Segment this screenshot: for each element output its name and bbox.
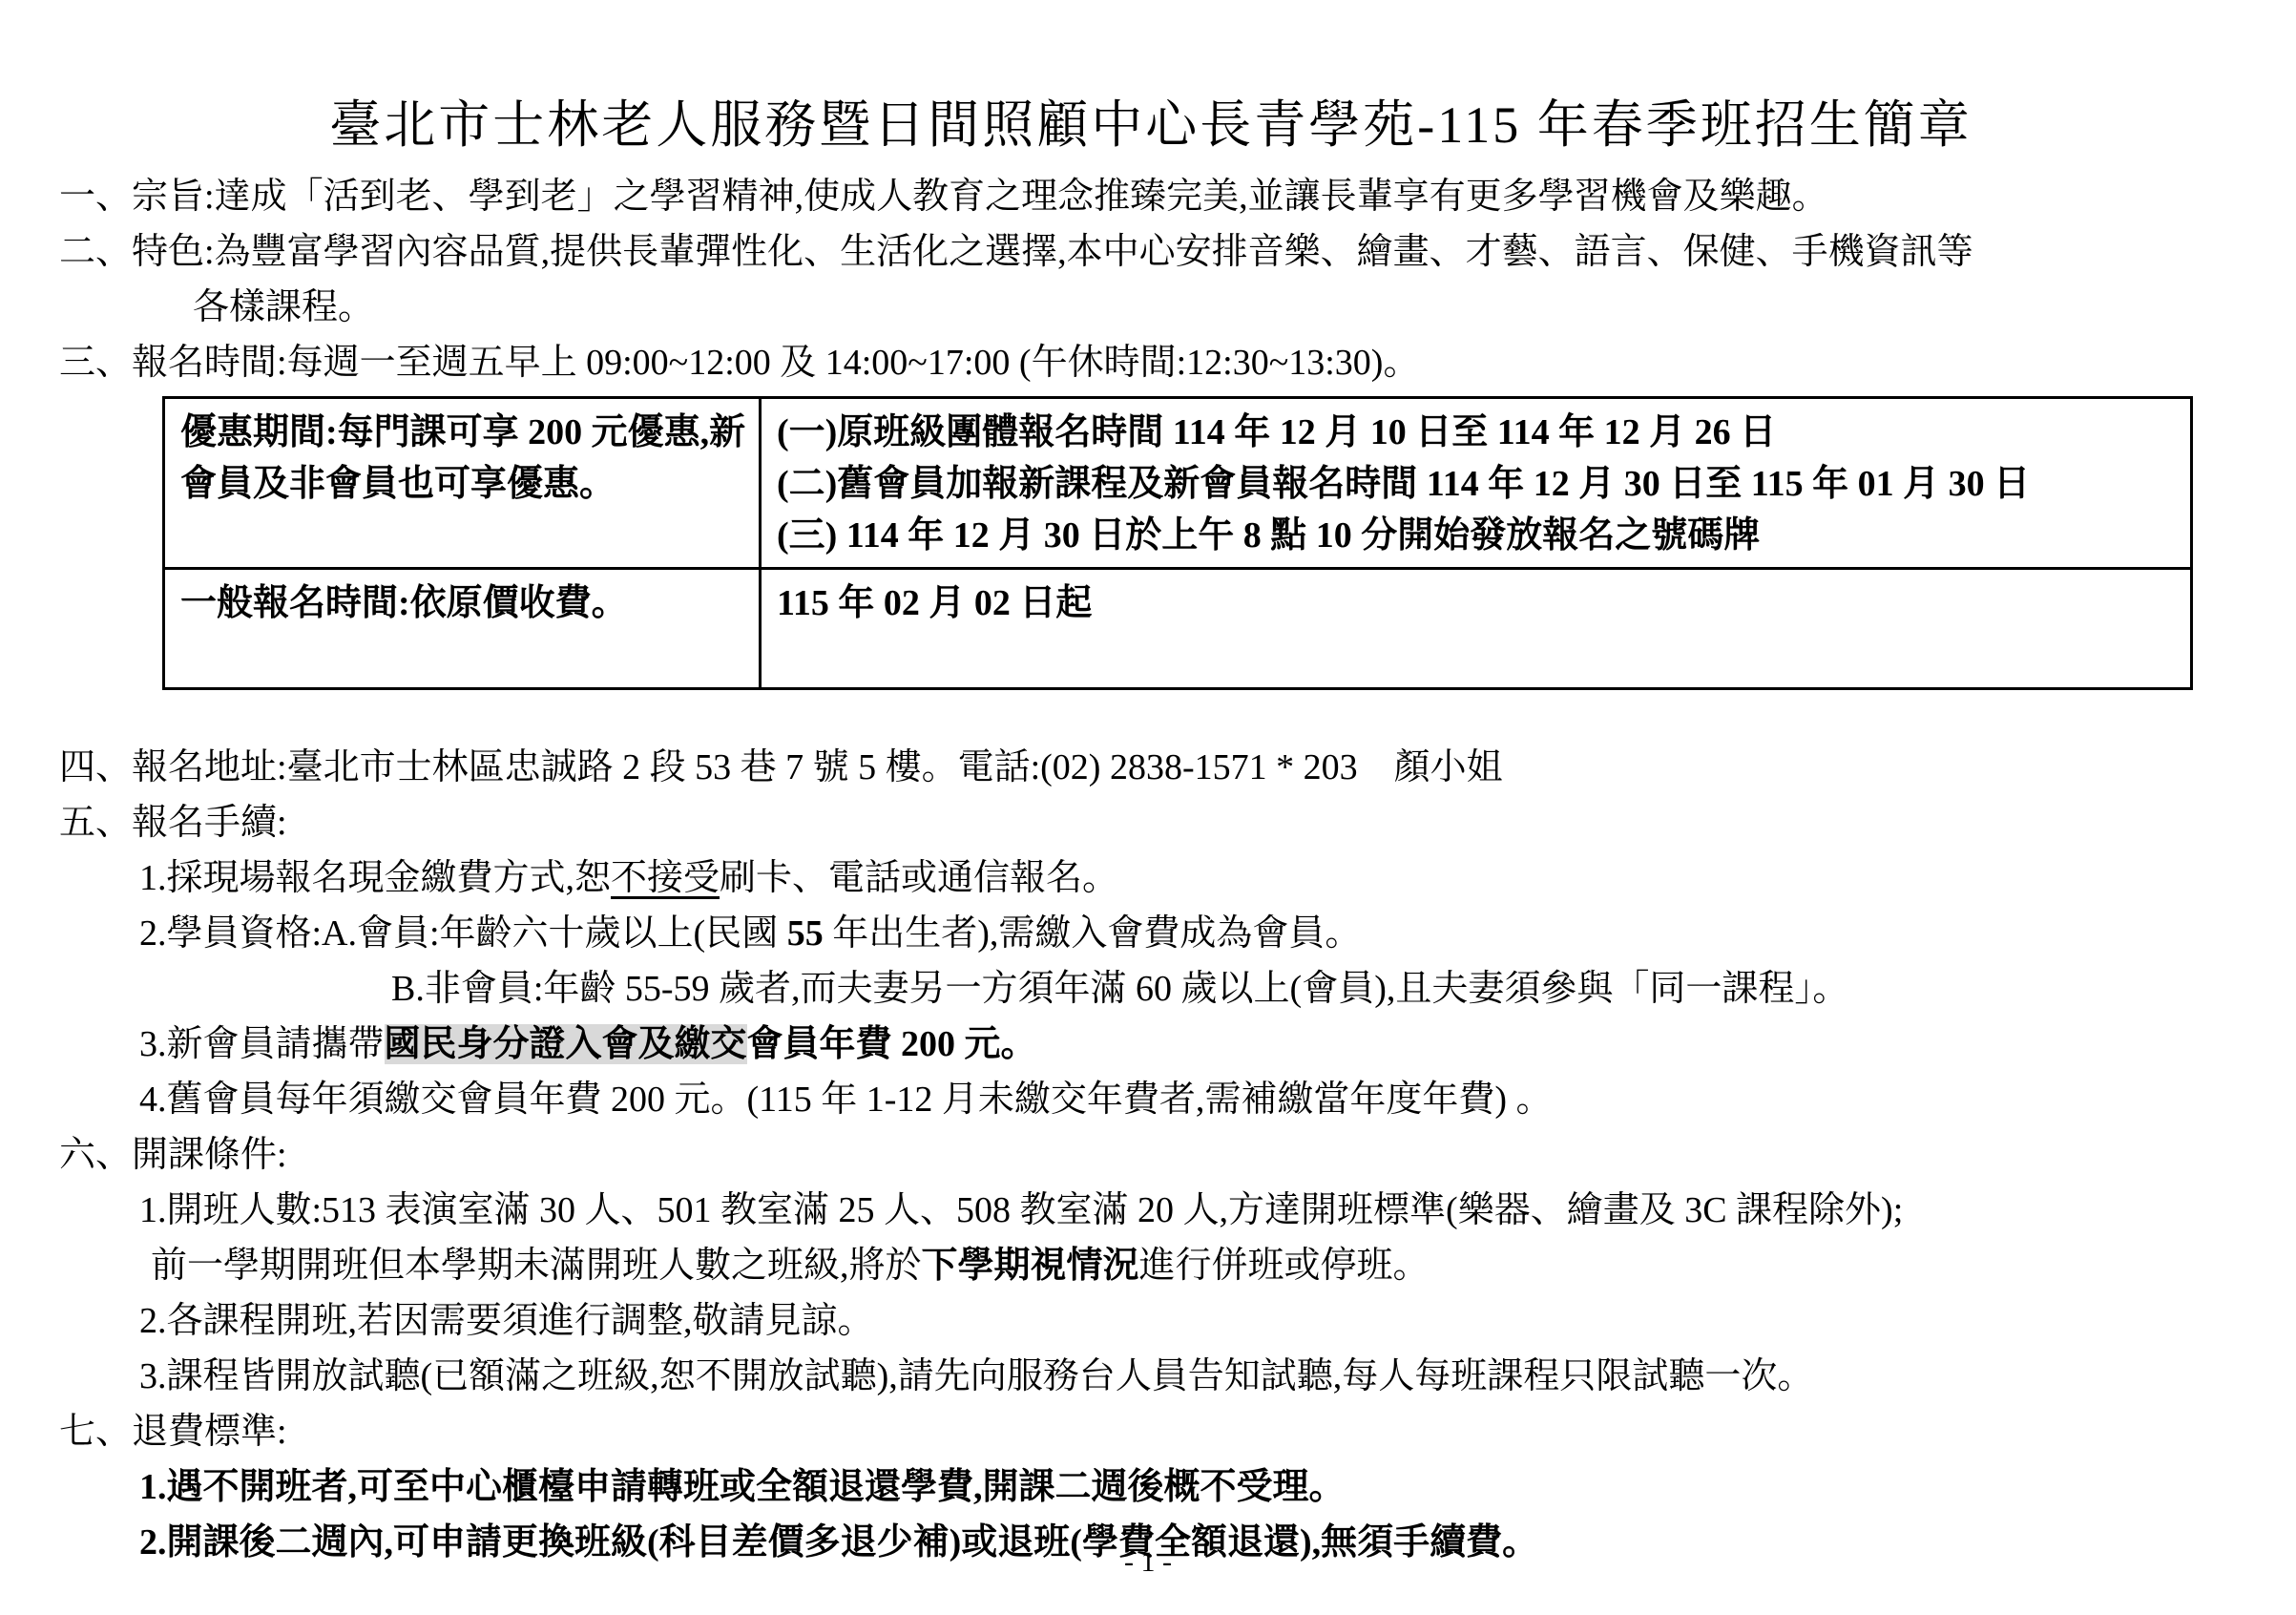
section-course-title: 開課條件: — [132, 1135, 287, 1175]
table-row-general: 一般報名時間:依原價收費。 115 年 02 月 02 日起 — [164, 569, 2192, 689]
section-course-number: 六、 — [59, 1135, 132, 1175]
section-features-number: 二、 — [59, 232, 132, 272]
section-regtime: 三、報名時間:每週一至週五早上 09:00~12:00 及 14:00~17:0… — [59, 335, 2243, 390]
procedure-item-2b: B.非會員:年齡 55-59 歲者,而夫妻另一方須年滿 60 歲以上(會員),且… — [59, 961, 2243, 1017]
procedure-item-2a-post: 年出生者),需繳入會費成為會員。 — [824, 913, 1362, 954]
discount-date-line-1: (一)原班級團體報名時間 114 年 12 月 10 日至 114 年 12 月… — [777, 407, 2179, 458]
registration-schedule-table: 優惠期間:每門課可享 200 元優惠,新會員及非會員也可享優惠。 (一)原班級團… — [162, 396, 2193, 690]
section-address-number: 四、 — [59, 747, 132, 787]
section-procedure-heading: 五、報名手續: — [59, 795, 2243, 850]
procedure-item-3: 3.新會員請攜帶國民身分證入會及繳交會員年費 200 元。 — [59, 1017, 2243, 1072]
section-regtime-number: 三、 — [59, 343, 132, 383]
procedure-item-1-underlined: 不接受 — [611, 858, 720, 898]
section-refund-title: 退費標準: — [132, 1412, 287, 1452]
section-purpose-number: 一、 — [59, 177, 132, 217]
discount-date-line-2: (二)舊會員加報新課程及新會員報名時間 114 年 12 月 30 日至 115… — [777, 458, 2179, 510]
course-item-1-line2-pre: 前一學期開班但本學期未滿開班人數之班級,將於 — [151, 1246, 922, 1286]
procedure-item-3-pre: 3.新會員請攜帶 — [139, 1024, 385, 1064]
procedure-item-1: 1.採現場報名現金繳費方式,恕不接受刷卡、電話或通信報名。 — [59, 850, 2243, 906]
table-row-discount: 優惠期間:每門課可享 200 元優惠,新會員及非會員也可享優惠。 (一)原班級團… — [164, 398, 2192, 569]
discount-date-line-3: (三) 114 年 12 月 30 日於上午 8 點 10 分開始發放報名之號碼… — [777, 510, 2179, 561]
general-date-cell: 115 年 02 月 02 日起 — [761, 569, 2192, 689]
procedure-item-2a: 2.學員資格:A.會員:年齡六十歲以上(民國 55 年出生者),需繳入會費成為會… — [59, 906, 2243, 961]
section-features-text: 特色:為豐富學習內容品質,提供長輩彈性化、生活化之選擇,本中心安排音樂、繪畫、才… — [132, 232, 1973, 272]
procedure-item-4: 4.舊會員每年須繳交會員年費 200 元。(115 年 1-12 月未繳交年費者… — [59, 1072, 2243, 1127]
section-address-text: 報名地址:臺北市士林區忠誠路 2 段 53 巷 7 號 5 樓。電話:(02) … — [132, 747, 1503, 787]
procedure-item-3-bold: 會員年費 200 元。 — [747, 1024, 1037, 1064]
section-procedure-title: 報名手續: — [132, 803, 287, 843]
section-address: 四、報名地址:臺北市士林區忠誠路 2 段 53 巷 7 號 5 樓。電話:(02… — [59, 740, 2243, 795]
course-item-2: 2.各課程開班,若因需要須進行調整,敬請見諒。 — [59, 1293, 2243, 1349]
course-item-1-line1: 1.開班人數:513 表演室滿 30 人、501 教室滿 25 人、508 教室… — [59, 1183, 2243, 1238]
section-purpose: 一、宗旨:達成「活到老、學到老」之學習精神,使成人教育之理念推臻完美,並讓長輩享… — [59, 169, 2243, 224]
section-features-line1: 二、特色:為豐富學習內容品質,提供長輩彈性化、生活化之選擇,本中心安排音樂、繪畫… — [59, 224, 2243, 280]
doc-title: 臺北市士林老人服務暨日間照顧中心長青學苑-115 年春季班招生簡章 — [59, 84, 2243, 157]
section-refund-heading: 七、退費標準: — [59, 1404, 2243, 1459]
section-features-line2: 各樣課程。 — [59, 280, 2243, 335]
section-regtime-text: 報名時間:每週一至週五早上 09:00~12:00 及 14:00~17:00 … — [132, 343, 1419, 383]
section-procedure-number: 五、 — [59, 803, 132, 843]
procedure-item-2a-pre: 2.學員資格:A.會員:年齡六十歲以上(民國 — [139, 913, 787, 954]
procedure-item-2a-bold: 55 — [787, 913, 824, 954]
document-content: 臺北市士林老人服務暨日間照顧中心長青學苑-115 年春季班招生簡章 一、宗旨:達… — [0, 0, 2296, 1570]
procedure-item-1-post: 刷卡、電話或通信報名。 — [720, 858, 1118, 898]
procedure-item-1-pre: 1.採現場報名現金繳費方式,恕 — [139, 858, 611, 898]
course-item-3: 3.課程皆開放試聽(已額滿之班級,恕不開放試聽),請先向服務台人員告知試聽,每人… — [59, 1349, 2243, 1404]
refund-item-1: 1.遇不開班者,可至中心櫃檯申請轉班或全額退還學費,開課二週後概不受理。 — [59, 1459, 2243, 1515]
general-period-cell: 一般報名時間:依原價收費。 — [164, 569, 761, 689]
course-item-1-line2: 前一學期開班但本學期未滿開班人數之班級,將於下學期視情況進行併班或停班。 — [59, 1238, 2243, 1293]
course-item-1-line2-bold: 下學期視情況 — [922, 1246, 1139, 1286]
document-page: 臺北市士林老人服務暨日間照顧中心長青學苑-115 年春季班招生簡章 一、宗旨:達… — [0, 0, 2296, 1615]
procedure-item-3-highlighted: 國民身分證入會及繳交 — [385, 1024, 747, 1064]
discount-period-cell: 優惠期間:每門課可享 200 元優惠,新會員及非會員也可享優惠。 — [164, 398, 761, 569]
section-refund-number: 七、 — [59, 1412, 132, 1452]
page-number: - 1 - — [0, 1546, 2296, 1579]
section-course-heading: 六、開課條件: — [59, 1127, 2243, 1183]
section-purpose-text: 宗旨:達成「活到老、學到老」之學習精神,使成人教育之理念推臻完美,並讓長輩享有更… — [132, 177, 1828, 217]
discount-dates-cell: (一)原班級團體報名時間 114 年 12 月 10 日至 114 年 12 月… — [761, 398, 2192, 569]
course-item-1-line2-post: 進行併班或停班。 — [1139, 1246, 1430, 1286]
